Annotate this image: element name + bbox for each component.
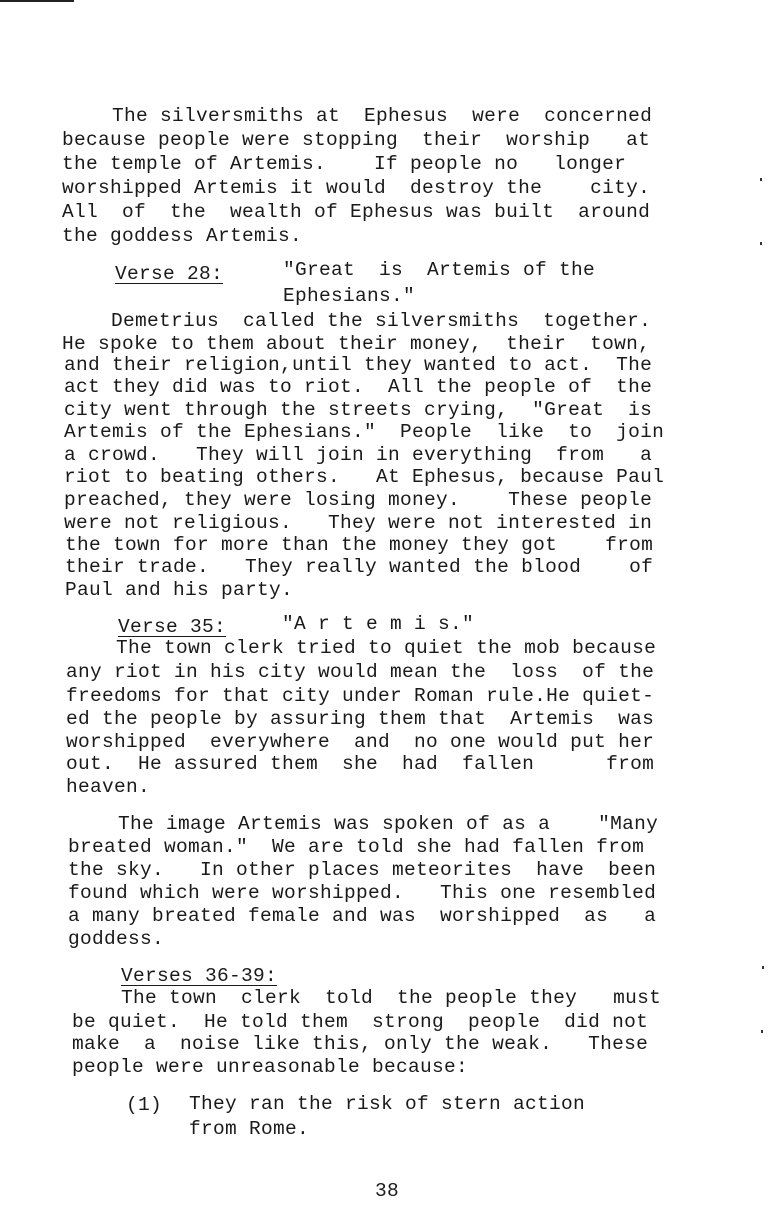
scan-speck [760,242,762,245]
text-line: because people were stopping their worsh… [62,128,650,152]
text-line: riot to beating others. At Ephesus, beca… [64,465,664,489]
text-line: a crowd. They will join in everything fr… [64,443,652,467]
verse-quote: "Great is Artemis of the [283,258,595,282]
verse-quote: Ephesians." [283,284,415,308]
verse-label: Verse 28: [115,262,223,286]
text-line: make a noise like this, only the weak. T… [72,1032,648,1056]
text-line: the goddess Artemis. [62,224,302,248]
list-text: They ran the risk of stern action [189,1092,585,1116]
scan-speck [760,178,762,181]
text-line: the temple of Artemis. If people no long… [62,152,626,176]
text-line: heaven. [66,775,150,799]
list-marker: (1) [126,1093,162,1117]
text-line: freedoms for that city under Roman rule.… [66,684,654,708]
text-line: a many breated female and was worshipped… [68,904,656,928]
text-line: found which were worshipped. This one re… [68,881,656,905]
text-line: be quiet. He told them strong people did… [72,1010,648,1034]
text-line: Paul and his party. [65,578,293,602]
text-line: people were unreasonable because: [72,1055,468,1079]
text-line: Artemis of the Ephesians." People like t… [64,420,664,444]
list-text: from Rome. [189,1117,309,1141]
text-line: goddess. [68,927,164,951]
text-line: Demetrius called the silversmiths togeth… [63,309,651,333]
verse-quote: "A r t e m i s." [282,612,474,636]
scan-speck [762,966,764,969]
text-line: ed the people by assuring them that Arte… [66,707,654,731]
text-line: out. He assured them she had fallen from [66,752,654,776]
text-line: their trade. They really wanted the bloo… [65,555,653,579]
text-line: the sky. In other places meteorites have… [68,858,656,882]
text-line: any riot in his city would mean the loss… [66,660,654,684]
text-line: The town clerk tried to quiet the mob be… [68,636,656,660]
text-line: preached, they were losing money. These … [64,488,652,512]
text-line: All of the wealth of Ephesus was built a… [62,200,650,224]
scan-speck [761,1030,763,1033]
verse-label: Verses 36-39: [121,964,277,988]
page-number: 38 [0,1180,774,1202]
text-line: worshipped Artemis it would destroy the … [62,176,650,200]
text-line: The town clerk told the people they must [73,986,661,1010]
scan-artifact-line [0,0,74,2]
text-line: were not religious. They were not intere… [64,511,652,535]
text-line: The image Artemis was spoken of as a "Ma… [70,812,658,836]
document-page: The silversmiths at Ephesus were concern… [0,0,774,1217]
text-line: worshipped everywhere and no one would p… [66,730,654,754]
text-line: breated woman." We are told she had fall… [68,835,644,859]
text-line: and their religion,until they wanted to … [64,353,652,377]
text-line: the town for more than the money they go… [65,533,653,557]
text-line: city went through the streets crying, "G… [64,398,652,422]
text-line: act they did was to riot. All the people… [64,375,652,399]
text-line: The silversmiths at Ephesus were concern… [64,104,652,128]
